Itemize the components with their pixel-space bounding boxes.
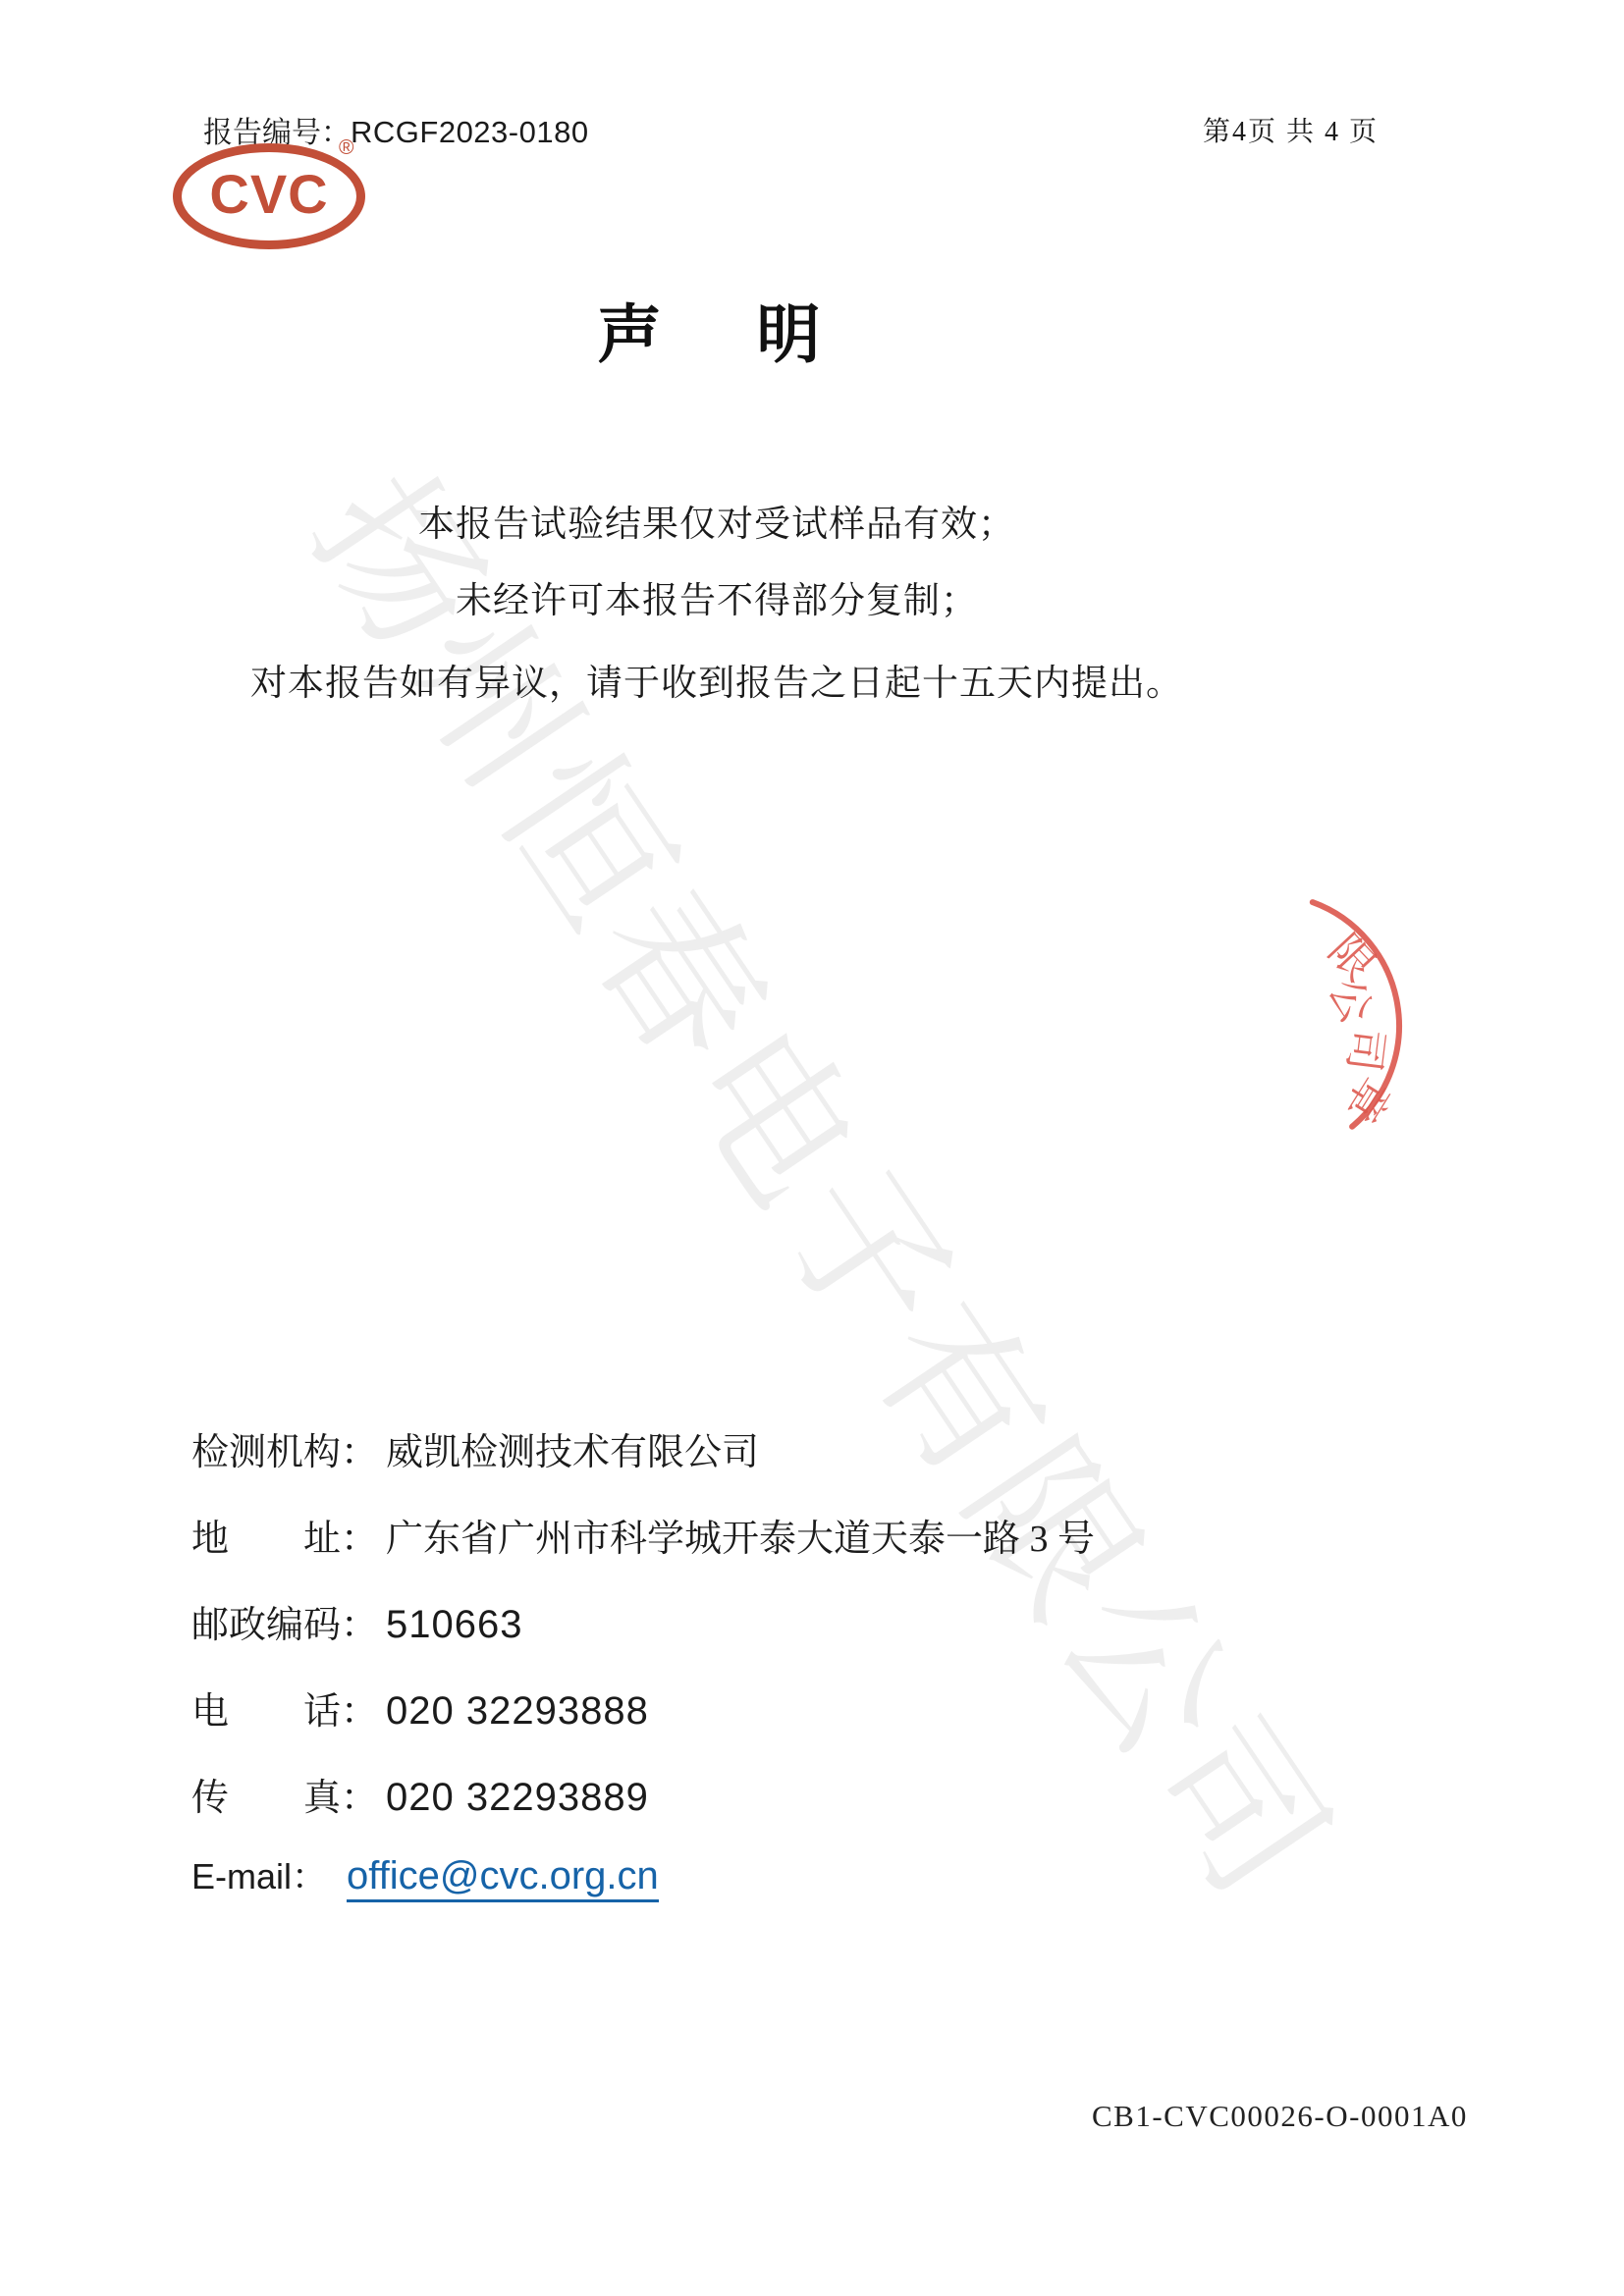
page-title: 声 明 bbox=[0, 283, 1434, 375]
contact-label: 邮政编码： bbox=[191, 1594, 378, 1648]
contact-label: 传 真： bbox=[191, 1767, 378, 1821]
contact-row-address: 地 址： 广东省广州市科学城开泰大道天泰一路 3 号 bbox=[191, 1508, 1095, 1562]
contact-label: 地 址： bbox=[191, 1508, 378, 1562]
declaration-paragraph-3: 对本报告如有异议，请于收到报告之日起十五天内提出。 bbox=[0, 653, 1434, 706]
seal-character-3: 司 bbox=[1338, 1026, 1391, 1075]
email-link[interactable]: office@cvc.org.cn bbox=[347, 1854, 659, 1902]
registered-trademark-icon: ® bbox=[339, 136, 353, 160]
contact-row-email: E-mail： office@cvc.org.cn bbox=[191, 1849, 659, 1902]
cvc-logo-text: CVC bbox=[209, 167, 328, 222]
page-indicator: 第4页 共 4 页 bbox=[1203, 110, 1379, 149]
contact-value: 广东省广州市科学城开泰大道天泰一路 3 号 bbox=[386, 1508, 1095, 1562]
report-number-value: RCGF2023-0180 bbox=[351, 115, 589, 149]
document-code: CB1-CVC00026-O-0001A0 bbox=[1092, 2099, 1468, 2134]
contact-label: 检测机构： bbox=[191, 1421, 378, 1475]
contact-row-agency: 检测机构： 威凯检测技术有限公司 bbox=[191, 1421, 759, 1475]
document-page: 扬州恒春电子有限公司 报告编号：RCGF2023-0180 第4页 共 4 页 … bbox=[0, 0, 1624, 2296]
company-seal-stamp: 限 公 司 章 bbox=[1129, 854, 1453, 1178]
seal-character-2: 公 bbox=[1320, 972, 1381, 1032]
declaration-paragraph-2: 未经许可本报告不得部分复制； bbox=[0, 570, 1434, 623]
contact-label: E-mail： bbox=[191, 1849, 327, 1899]
contact-row-phone: 电 话： 020 32293888 bbox=[191, 1681, 649, 1735]
contact-row-postcode: 邮政编码： 510663 bbox=[191, 1594, 523, 1648]
cvc-logo: CVC bbox=[173, 143, 365, 249]
contact-value: 020 32293889 bbox=[386, 1776, 649, 1820]
contact-label: 电 话： bbox=[191, 1681, 378, 1735]
declaration-paragraph-1: 本报告试验结果仅对受试样品有效； bbox=[0, 494, 1434, 547]
contact-value: 威凯检测技术有限公司 bbox=[386, 1421, 759, 1475]
contact-row-fax: 传 真： 020 32293889 bbox=[191, 1767, 649, 1821]
contact-value: 020 32293888 bbox=[386, 1689, 649, 1734]
contact-value: 510663 bbox=[386, 1603, 522, 1647]
